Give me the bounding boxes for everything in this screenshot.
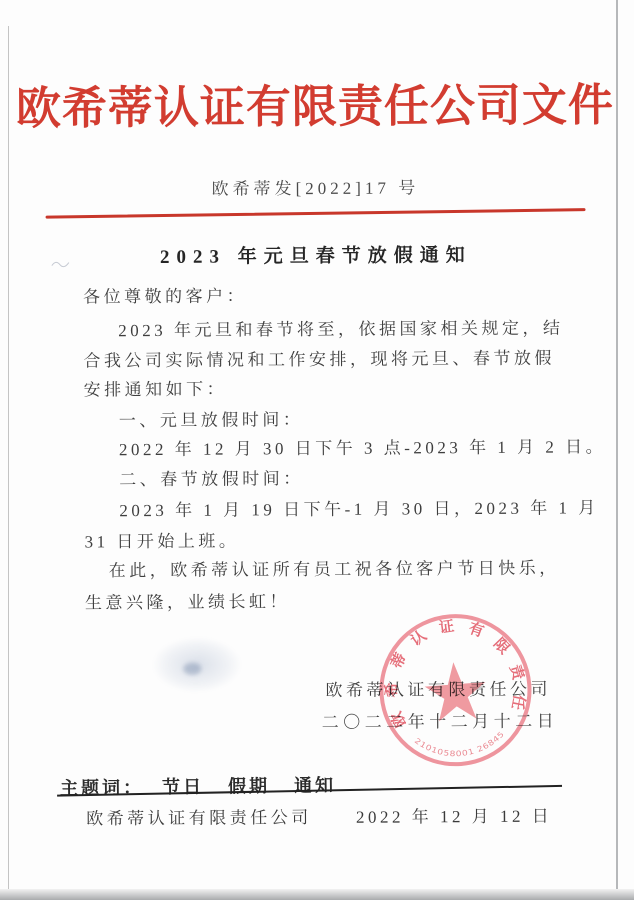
seal-ring-text: 欧希蒂认证有限责任公司 xyxy=(370,604,531,732)
footer-date: 2022 年 12 月 12 日 xyxy=(356,802,552,828)
body-line: 二、春节放假时间： xyxy=(119,462,619,490)
company-seal: 欧希蒂认证有限责任公司 2101058001 26845 xyxy=(370,604,542,776)
footer-issuer-row: 欧希蒂认证有限责任公司 2022 年 12 月 12 日 xyxy=(86,802,552,830)
body-line: 合我公司实际情况和工作安排，现将元旦、春节放假 xyxy=(83,343,583,371)
body-line: 2023 年元旦和春节将至，依据国家相关规定，结 xyxy=(118,313,618,341)
pencil-mark xyxy=(51,258,73,270)
scan-content: 欧希蒂认证有限责任公司文件 欧希蒂发[2022]17 号 2023 年元旦春节放… xyxy=(0,0,634,900)
body-line: 在此，欧希蒂认证所有员工祝各位客户节日快乐， xyxy=(109,553,609,581)
subject-row: 主题词： 节日 假期 通知 xyxy=(60,771,336,800)
notice-title: 2023 年元旦春节放假通知 xyxy=(0,239,633,270)
document-number: 欧希蒂发[2022]17 号 xyxy=(0,172,632,201)
subject-keyword: 通知 xyxy=(294,771,336,797)
red-divider-rule xyxy=(46,208,586,219)
seal-star-icon xyxy=(423,660,488,722)
footer-company: 欧希蒂认证有限责任公司 xyxy=(86,803,312,829)
subject-keyword: 假期 xyxy=(228,772,270,798)
scan-edge-left xyxy=(8,26,9,890)
body-line: 2023 年 1 月 19 日下午-1 月 30 日，2023 年 1 月 xyxy=(119,493,619,521)
company-document-title: 欧希蒂认证有限责任公司文件 xyxy=(0,68,632,137)
body-line: 一、元旦放假时间： xyxy=(119,403,619,431)
body-line: 2022 年 12 月 30 日下午 3 点-2023 年 1 月 2 日。 xyxy=(119,432,619,460)
scan-edge-bottom xyxy=(0,889,634,900)
body-line: 31 日开始上班。 xyxy=(84,524,584,552)
svg-text:欧希蒂认证有限责任公司: 欧希蒂认证有限责任公司 xyxy=(370,604,531,732)
subject-keyword: 节日 xyxy=(162,773,204,799)
scanned-document-page: 欧希蒂认证有限责任公司文件 欧希蒂发[2022]17 号 2023 年元旦春节放… xyxy=(0,0,634,900)
body-line: 安排通知如下： xyxy=(84,372,584,400)
scan-edge-right xyxy=(616,0,618,900)
scan-smudge-dot xyxy=(183,663,201,675)
salutation: 各位尊敬的客户： xyxy=(83,279,583,307)
